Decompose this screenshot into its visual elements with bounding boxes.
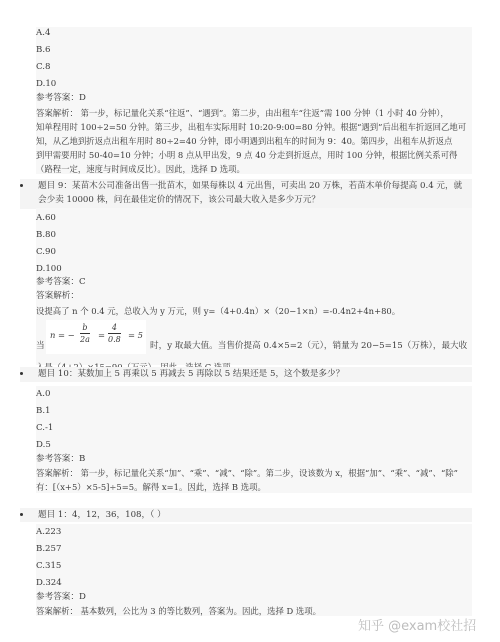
option-b: B.257 — [36, 543, 61, 556]
watermark: 知乎 @exam校社招 — [358, 615, 476, 634]
when-prefix: 当 — [36, 340, 45, 353]
question-text-line: 题目 9：某苗木公司准备出售一批苗木，如果每株以 4 元出售，可卖出 20 万株… — [38, 179, 470, 193]
option-a: A.4 — [36, 27, 50, 40]
option-b: B.80 — [36, 229, 56, 242]
question-text-line: 题目 10：某数加上 5 再乘以 5 再减去 5 再除以 5 结果还是 5，这个… — [38, 367, 470, 381]
bullet-icon — [20, 513, 23, 516]
option-d: D.5 — [36, 439, 51, 452]
option-c: C.315 — [36, 560, 61, 573]
q1-answer-block: A.223 B.257 C.315 D.324 参考答案：D 答案解析： 基本数… — [36, 524, 472, 616]
analysis-line: 到甲需要用时 50-40=10 分钟；小明 8 点从甲出发，9 点 40 分走到… — [36, 148, 468, 162]
option-c: C.8 — [36, 61, 50, 74]
reference-answer: 参考答案：B — [36, 453, 85, 466]
analysis-line: 答案解析： 第一步，标记量化关系“往返”、“遇到”。第二步，由出租车“往返”需 … — [36, 106, 468, 120]
analysis-line: 知，从乙地到折返点出租车用时 80÷2=40 分钟，即小明遇到出租车的时间为 9… — [36, 134, 468, 148]
analysis-label: 答案解析： — [36, 290, 79, 303]
option-b: B.1 — [36, 405, 51, 418]
reference-answer: 参考答案：D — [36, 591, 86, 604]
analysis-line: 答案解析： 第一步，标记量化关系“加”、“乘”、“减”、“除”。第二步，设该数为… — [36, 466, 468, 480]
question-text-line: 会少卖 10000 株，问在最佳定价的情况下，该公司最大收入是多少万元？ — [38, 193, 470, 207]
bullet-icon — [20, 372, 23, 375]
option-d: D.100 — [36, 263, 62, 276]
option-a: A.60 — [36, 212, 56, 225]
option-d: D.324 — [36, 577, 62, 590]
analysis-line: （路程一定，速度与时间成反比）。因此，选择 D 选项。 — [36, 162, 468, 176]
formula-lhs: n = − — [50, 330, 75, 340]
reference-answer: 参考答案：C — [36, 276, 86, 289]
document-page: A.4 B.6 C.8 D.10 参考答案：D 答案解析： 第一步，标记量化关系… — [0, 0, 500, 642]
option-c: C.90 — [36, 246, 56, 259]
question-10-title: 题目 10：某数加上 5 再乘以 5 再减去 5 再除以 5 结果还是 5，这个… — [20, 367, 472, 382]
q9-answer-block: A.60 B.80 C.90 D.100 参考答案：C 答案解析： 设提高了 n… — [36, 208, 472, 365]
fraction-4-over-0-8: 4 0.8 — [108, 322, 121, 345]
q8-answer-block: A.4 B.6 C.8 D.10 参考答案：D 答案解析： 第一步，标记量化关系… — [36, 27, 472, 174]
formula-rhs: = 5 — [128, 330, 143, 340]
analysis-line: 有：[（x+5）×5-5]÷5=5。解得 x=1。因此，选择 B 选项。 — [36, 480, 468, 494]
reference-answer: 参考答案：D — [36, 92, 86, 105]
option-b: B.6 — [36, 44, 51, 57]
fraction-b-over-2a: b 2a — [80, 322, 90, 345]
question-1-title: 题目 1：4，12，36，108，（ ） — [20, 508, 472, 522]
formula-equals: = — [98, 330, 105, 340]
question-9-title: 题目 9：某苗木公司准备出售一批苗木，如果每株以 4 元出售，可卖出 20 万株… — [20, 179, 472, 209]
option-a: A.223 — [36, 526, 61, 539]
analysis-line: 知单程用时 100÷2=50 分钟。第三步，出租车实际用时 10:20-9:00… — [36, 120, 468, 134]
analysis-line: 设提高了 n 个 0.4 元，总收入为 y 万元，则 y=（4+0.4n）×（2… — [36, 304, 468, 318]
formula-image: n = − b 2a = 4 0.8 = 5 — [46, 320, 146, 354]
option-c: C.-1 — [36, 422, 53, 435]
q10-answer-block: A.0 B.1 C.-1 D.5 参考答案：B 答案解析： 第一步，标记量化关系… — [36, 386, 472, 493]
formula-row: 当 n = − b 2a = 4 0.8 = 5 时，y 取最大值。当售价提高 … — [36, 320, 472, 356]
option-d: D.10 — [36, 78, 56, 91]
option-a: A.0 — [36, 388, 50, 401]
bullet-icon — [20, 184, 23, 187]
question-text-line: 题目 1：4，12，36，108，（ ） — [38, 508, 470, 522]
analysis-line: 时，y 取最大值。当售价提高 0.4×5=2（元），销量为 20−5=15（万株… — [150, 340, 467, 353]
